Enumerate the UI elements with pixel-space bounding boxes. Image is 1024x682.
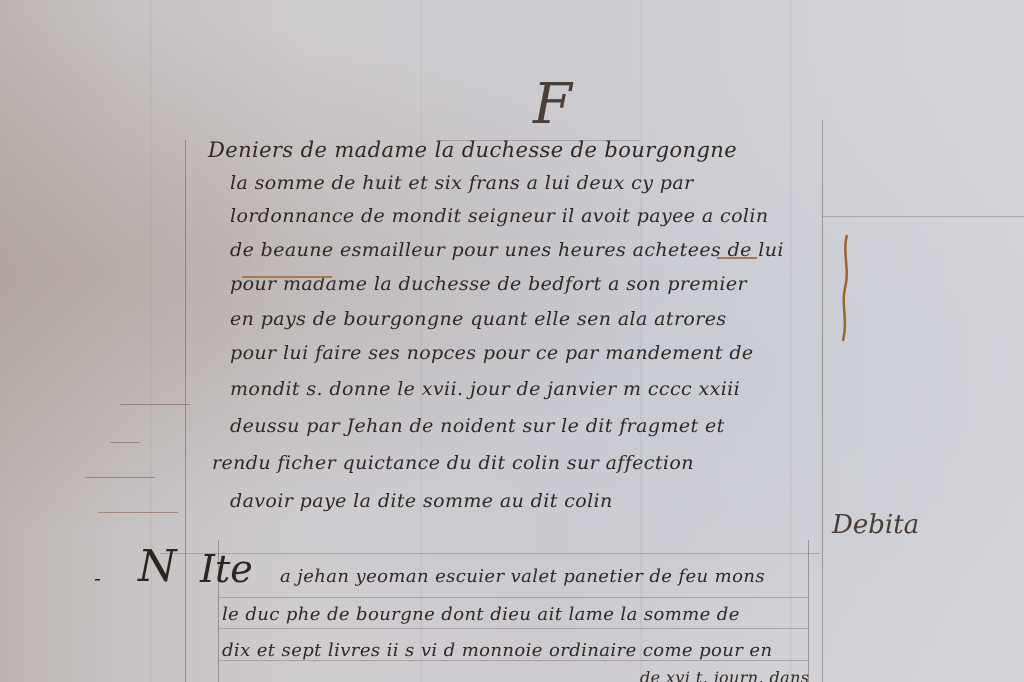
entry-1-line-10: rendu ficher quictance du dit colin sur … bbox=[212, 452, 694, 474]
left-margin-rule bbox=[185, 140, 186, 682]
entry-1-line-4: de beaune esmailleur pour unes heures ac… bbox=[230, 239, 784, 261]
ruling-prick-mark bbox=[110, 442, 140, 443]
separator-rule bbox=[160, 553, 820, 554]
entry-1-line-9: deussu par Jehan de noident sur le dit f… bbox=[230, 415, 725, 437]
entry-2-line-3: dix et sept livres ii s vi d monnoie ord… bbox=[222, 640, 772, 661]
entry-2-line-4: de xvi t. journ. dans bbox=[640, 668, 809, 682]
entry-2-line-1: a jehan yeoman escuier valet panetier de… bbox=[280, 566, 765, 587]
ruling-prick-mark bbox=[98, 512, 178, 513]
rubric-underline bbox=[242, 276, 332, 278]
right-rule-line bbox=[822, 216, 1024, 217]
paragraph-mark: N bbox=[138, 545, 177, 589]
entry-1-line-8: mondit s. donne le xvii. jour de janvier… bbox=[230, 378, 740, 400]
entry-2-line-2: le duc phe de bourgne dont dieu ait lame… bbox=[222, 604, 740, 625]
ruling-prick-mark bbox=[85, 477, 155, 478]
row-rule bbox=[218, 628, 808, 629]
entry-1-line-7: pour lui faire ses nopces pour ce par ma… bbox=[230, 342, 754, 364]
row-rule bbox=[218, 597, 808, 598]
margin-dash: - bbox=[94, 566, 101, 590]
margin-note: Debita bbox=[832, 510, 919, 540]
entry-1-line-1: Deniers de madame la duchesse de bourgon… bbox=[208, 138, 737, 162]
entry-1-line-11: davoir paye la dite somme au dit colin bbox=[230, 490, 613, 512]
far-right-rule bbox=[808, 540, 809, 682]
rubric-wavy-mark bbox=[838, 233, 852, 345]
entry-1-line-2: la somme de huit et six frans a lui deux… bbox=[230, 172, 694, 194]
head-mark: F bbox=[533, 72, 572, 137]
rubric-underline bbox=[717, 257, 757, 259]
paper-fold bbox=[790, 0, 792, 682]
right-margin-rule bbox=[822, 120, 823, 682]
entry-1-line-3: lordonnance de mondit seigneur il avoit … bbox=[230, 205, 769, 227]
entry-1-line-6: en pays de bourgongne quant elle sen ala… bbox=[230, 308, 727, 330]
entry-2-initial: Ite bbox=[200, 550, 253, 588]
ruling-prick-mark bbox=[120, 404, 190, 405]
